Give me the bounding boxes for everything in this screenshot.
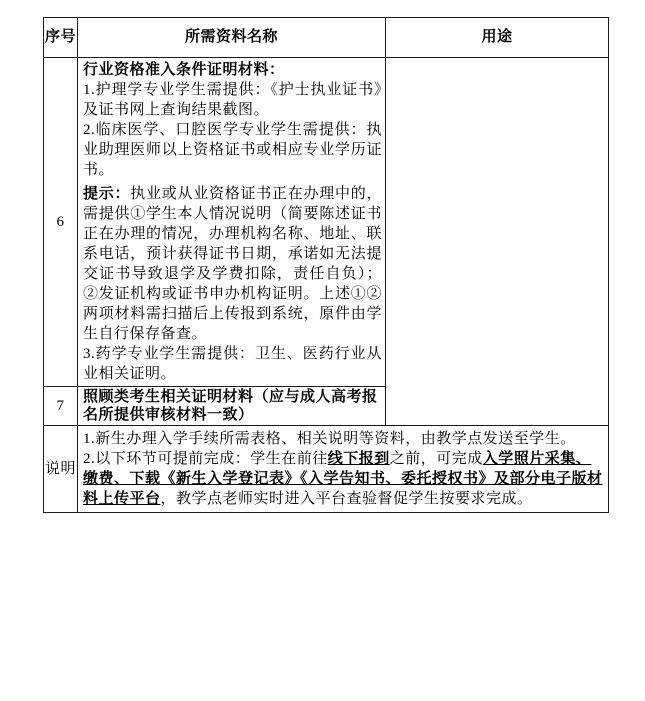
enrollment-materials-table: 序号 所需资料名称 用途 6 行业资格准入条件证明材料： 1.护理学专业学生需提… (43, 17, 609, 513)
row7-material-description: 照顾类考生相关证明材料（应与成人高考报名所提供审核材料一致） (78, 387, 386, 426)
document-page: 序号 所需资料名称 用途 6 行业资格准入条件证明材料： 1.护理学专业学生需提… (0, 0, 645, 701)
header-row: 序号 所需资料名称 用途 (44, 18, 609, 58)
note-item-2-pre: 2.以下环节可提前完成：学生在前往 (83, 451, 328, 467)
row6-item-1: 1.护理学专业学生需提供：《护士执业证书》及证书网上查询结果截图。 (83, 80, 382, 120)
header-cell-purpose: 用途 (386, 18, 609, 58)
notes-row: 说明 1.新生办理入学手续所需表格、相关说明等资料，由教学点发送至学生。 2.以… (44, 426, 609, 513)
notes-content: 1.新生办理入学手续所需表格、相关说明等资料，由教学点发送至学生。 2.以下环节… (78, 426, 609, 513)
note-item-2-post: ，教学点老师实时进入平台查验督促学生按要求完成。 (161, 491, 533, 507)
note-item-1: 1.新生办理入学手续所需表格、相关说明等资料，由教学点发送至学生。 (83, 429, 604, 449)
row6-seq-number: 6 (44, 58, 78, 387)
row6-item-2: 2.临床医学、口腔医学专业学生需提供：执业助理医师以上资格证书或相应专业学历证书… (83, 120, 382, 180)
header-cell-material-name: 所需资料名称 (78, 18, 386, 58)
row7-seq-number: 7 (44, 387, 78, 426)
offline-checkin-underline: 线下报到 (328, 451, 390, 467)
purpose-cell-rows-6-7 (386, 58, 609, 426)
row6-tip-body: 执业或从业资格证书正在办理中的，需提供①学生本人情况说明（简要陈述证书正在办理的… (83, 186, 382, 342)
row6-item-3: 3.药学专业学生需提供：卫生、医药行业从业相关证明。 (83, 344, 382, 384)
row6-material-description: 行业资格准入条件证明材料： 1.护理学专业学生需提供：《护士执业证书》及证书网上… (78, 58, 386, 387)
header-cell-seq: 序号 (44, 18, 78, 58)
row6-tip-label: 提示： (83, 186, 130, 202)
note-item-2: 2.以下环节可提前完成：学生在前往线下报到之前，可完成入学照片采集、缴费、下载《… (83, 449, 604, 509)
row6-tip-paragraph: 提示：执业或从业资格证书正在办理中的，需提供①学生本人情况说明（简要陈述证书正在… (83, 184, 382, 344)
table-row-6: 6 行业资格准入条件证明材料： 1.护理学专业学生需提供：《护士执业证书》及证书… (44, 58, 609, 387)
notes-label: 说明 (44, 426, 78, 513)
row6-heading: 行业资格准入条件证明材料： (83, 60, 382, 80)
note-item-2-mid: 之前，可完成 (390, 451, 483, 467)
